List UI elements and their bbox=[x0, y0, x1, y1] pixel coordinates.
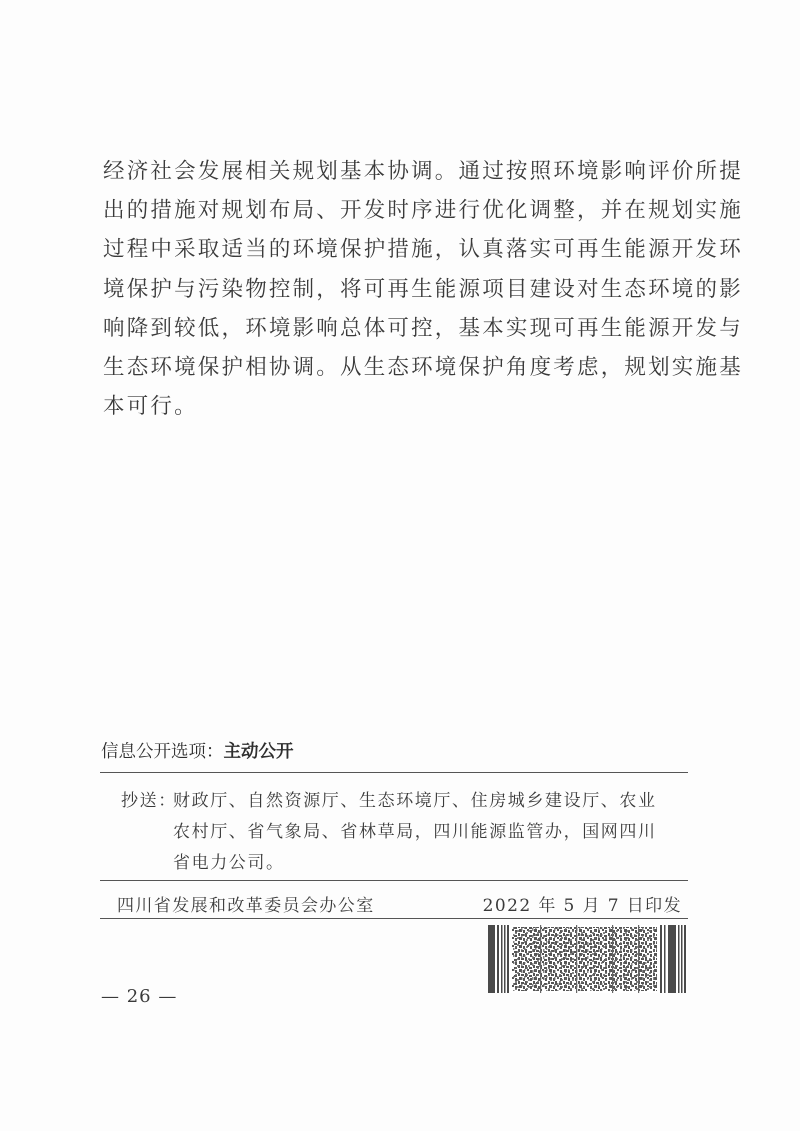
document-page: 经济社会发展相关规划基本协调。通过按照环境影响评价所提 出的措施对规划布局、开发… bbox=[0, 0, 800, 1131]
divider-rule bbox=[100, 772, 688, 773]
cc-label: 抄送： bbox=[121, 786, 173, 879]
info-disclosure-option: 信息公开选项：主动公开 bbox=[101, 738, 294, 763]
body-line: 过程中采取适当的环境保护措施，认真落实可再生能源开发环 bbox=[103, 230, 703, 269]
issue-date: 2022 年 5 月 7 日印发 bbox=[483, 891, 682, 916]
cc-recipients: 抄送： 财政厅、自然资源厅、生态环境厅、住房城乡建设厅、农业 农村厅、省气象局、… bbox=[121, 786, 657, 879]
body-line: 响降到较低，环境影响总体可控，基本实现可再生能源开发与 bbox=[103, 309, 703, 348]
body-line: 出的措施对规划布局、开发时序进行优化调整，并在规划实施 bbox=[103, 191, 703, 230]
pdf417-barcode-icon bbox=[488, 925, 688, 993]
divider-rule bbox=[100, 918, 688, 919]
issuance-footer: 四川省发展和改革委员会办公室 2022 年 5 月 7 日印发 bbox=[117, 891, 682, 916]
body-line: 境保护与污染物控制，将可再生能源项目建设对生态环境的影 bbox=[103, 270, 703, 309]
body-line: 生态环境保护相协调。从生态环境保护角度考虑，规划实施基 bbox=[103, 348, 703, 387]
body-line: 经济社会发展相关规划基本协调。通过按照环境影响评价所提 bbox=[103, 152, 703, 191]
info-disclosure-label: 信息公开选项： bbox=[101, 742, 224, 762]
page-number: — 26 — bbox=[101, 986, 177, 1007]
cc-line: 财政厅、自然资源厅、生态环境厅、住房城乡建设厅、农业 bbox=[173, 786, 657, 817]
body-paragraph: 经济社会发展相关规划基本协调。通过按照环境影响评价所提 出的措施对规划布局、开发… bbox=[103, 152, 703, 426]
issuer-name: 四川省发展和改革委员会办公室 bbox=[117, 891, 375, 916]
body-line: 本可行。 bbox=[103, 387, 703, 426]
cc-line: 农村厅、省气象局、省林草局，四川能源监管办，国网四川 bbox=[173, 817, 657, 848]
info-disclosure-value: 主动公开 bbox=[224, 742, 294, 762]
cc-line: 省电力公司。 bbox=[173, 848, 657, 879]
divider-rule bbox=[100, 880, 688, 881]
